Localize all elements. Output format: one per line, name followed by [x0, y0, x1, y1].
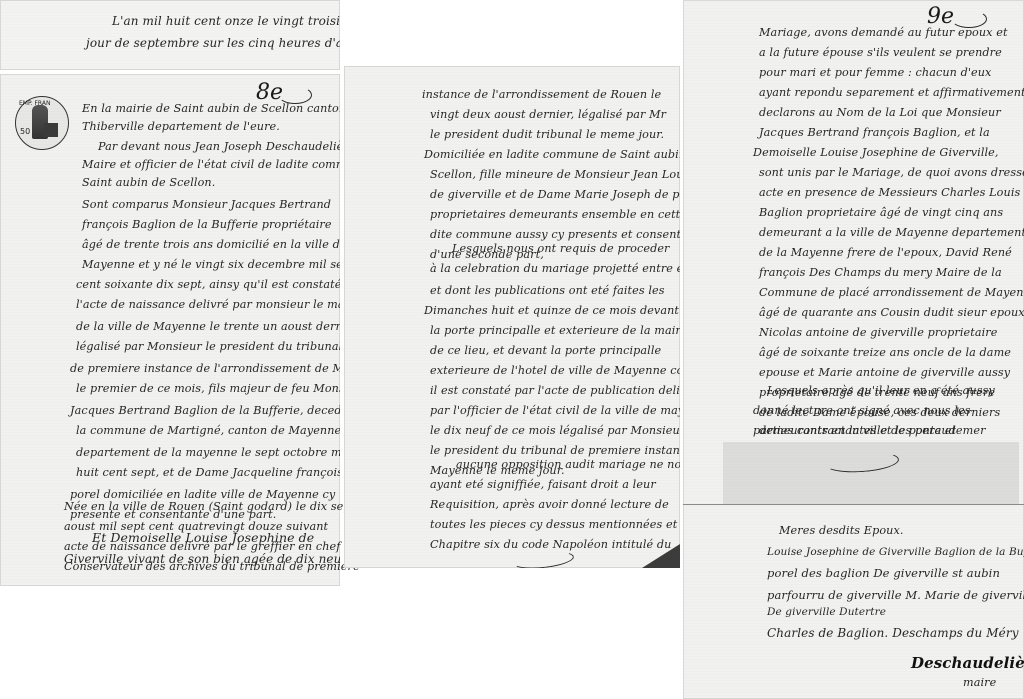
text-line: cent soixante dix sept, ainsy qu'il est …	[76, 278, 340, 291]
text-line: pour mari et pour femme : chacun d'eux	[759, 66, 991, 79]
text-line: acte en presence de Messieurs Charles Lo…	[759, 186, 1020, 199]
text-line: Sont comparus Monsieur Jacques Bertrand	[82, 198, 331, 211]
text-line: la porte principalle et exterieure de la…	[430, 324, 680, 337]
text-line: Nicolas antoine de giverville proprietai…	[759, 326, 997, 339]
middle-page: instance de l'arrondissement de Rouen le…	[344, 66, 680, 568]
text-line: Saint aubin de Scellon.	[82, 176, 215, 189]
text-line: le president dudit tribunal le meme jour…	[430, 128, 664, 141]
text-line: Dimanches huit et quinze de ce mois deva…	[424, 304, 679, 317]
seal-box	[44, 123, 58, 137]
text-line: epouse et Marie antoine de giverville au…	[759, 366, 1010, 379]
text-line: huit cent sept, et de Dame Jacqueline fr…	[76, 466, 340, 479]
text-line: de la ville de Mayenne le trente un aous…	[76, 320, 340, 333]
text-line: acte de naissance delivré par le greffie…	[64, 540, 341, 553]
signature-line: porel des baglion De giverville st aubin	[767, 566, 1000, 580]
signature-line: Louise Josephine de Giverville Baglion d…	[767, 546, 1024, 558]
text-line: l'acte de naissance delivré par monsieur…	[76, 298, 340, 311]
text-line: vingt deux aoust dernier, légalisé par M…	[430, 108, 666, 121]
text-line: âgé de soixante treize ans oncle de la d…	[759, 346, 1011, 359]
text-line: Commune de placé arrondissement de Mayen…	[759, 286, 1024, 299]
right-page: 9e Mariage, avons demandé au futur epoux…	[683, 0, 1024, 699]
signature-line: Meres desdits Epoux.	[779, 524, 904, 537]
text-line: instance de l'arrondissement de Rouen le	[422, 88, 661, 101]
text-line: Scellon, fille mineure de Monsieur Jean …	[430, 168, 680, 181]
text-line: françois Baglion de la Bufferie propriét…	[82, 218, 332, 231]
text-line: Mayenne et y né le vingt six decembre mi…	[82, 258, 340, 271]
text-line: il est constaté par l'acte de publicatio…	[430, 384, 680, 397]
text-line: Par devant nous Jean Joseph Deschaudeliè…	[98, 140, 340, 153]
text-line: a la future épouse s'ils veulent se pren…	[759, 46, 1002, 59]
text-line: de ce lieu, et devant la porte principal…	[430, 344, 661, 357]
end-flourish-icon	[511, 549, 574, 568]
text-line: le dix neuf de ce mois légalisé par Mons…	[430, 424, 680, 437]
text-line: Lesquels nous ont requis de proceder	[452, 242, 670, 255]
text-line: de premiere instance de l'arrondissement…	[70, 362, 340, 375]
text-line: françois Des Champs du mery Maire de la	[759, 266, 1002, 279]
header-line: L'an mil huit cent onze le vingt troisiè…	[112, 14, 340, 28]
signature-line: De giverville Dutertre	[767, 606, 886, 618]
text-line: le president du tribunal de premiere ins…	[430, 444, 680, 457]
text-line: le premier de ce mois, fils majeur de fe…	[76, 382, 340, 395]
text-line: âgé de trente trois ans domicilié en la …	[82, 238, 340, 251]
signature-line: Charles de Baglion. Deschamps du Méry	[767, 626, 1019, 640]
text-line: et dont les publications ont eté faites …	[430, 284, 665, 297]
text-line: toutes les pieces cy dessus mentionnées …	[430, 518, 680, 531]
fold-line	[683, 504, 1024, 505]
text-line: âgé de quarante ans Cousin dudit sieur e…	[759, 306, 1024, 319]
text-line: dite commune aussy cy presents et consen…	[430, 228, 680, 241]
page-curl	[642, 544, 680, 568]
text-line: de giverville et de Dame Marie Joseph de…	[430, 188, 680, 201]
seal-stamp-icon: EMP. FRAN 50	[15, 96, 69, 150]
seal-value: 50	[20, 127, 30, 136]
text-line: Thiberville departement de l'eure.	[82, 120, 280, 133]
text-line: Conservateur des archives du tribunal de…	[64, 560, 360, 573]
header-line: jour de septembre sur les cinq heures d'…	[86, 36, 340, 50]
text-line: Mariage, avons demandé au futur epoux et	[759, 26, 1008, 39]
text-line: Jacques Bertrand Baglion de la Bufferie,…	[70, 404, 340, 417]
left-header-strip: L'an mil huit cent onze le vingt troisiè…	[0, 0, 340, 70]
text-line: légalisé par Monsieur le president du tr…	[76, 340, 340, 353]
text-line: donné lecture ont signé avec nous les	[753, 404, 971, 417]
text-line: declarons au Nom de la Loi que Monsieur	[759, 106, 1001, 119]
text-line: Maire et officier de l'état civil de lad…	[82, 158, 340, 171]
text-line: En la mairie de Saint aubin de Scellon c…	[82, 102, 340, 115]
signature-line: parfourru de giverville M. Marie de give…	[767, 588, 1024, 602]
text-line: par l'officier de l'état civil de la vil…	[430, 404, 680, 417]
text-line: demeurant a la ville de Mayenne departem…	[759, 226, 1024, 239]
text-line: parties contractantes et les pere et	[753, 424, 956, 437]
text-line: Demoiselle Louise Josephine de Givervill…	[753, 146, 999, 159]
text-line: aoust mil sept cent quatrevingt douze su…	[64, 520, 328, 533]
text-line: Née en la ville de Rouen (Saint godard) …	[64, 500, 355, 513]
text-line: sont unis par le Mariage, de quoi avons …	[759, 166, 1024, 179]
text-line: Baglion proprietaire âgé de vingt cinq a…	[759, 206, 1003, 219]
text-line: la commune de Martigné, canton de Mayenn…	[76, 424, 340, 437]
text-line: exterieure de l'hotel de ville de Mayenn…	[430, 364, 680, 377]
text-line: aucune opposition audit mariage ne nous	[456, 458, 680, 471]
mayor-title: maire	[963, 676, 996, 689]
text-line: ayant repondu separement et affirmativem…	[759, 86, 1024, 99]
text-line: Requisition, après avoir donné lecture d…	[430, 498, 669, 511]
text-line: departement de la mayenne le sept octobr…	[76, 446, 340, 459]
text-line: Chapitre six du code Napoléon intitulé d…	[430, 538, 671, 551]
mayor-signature: Deschaudelières	[911, 654, 1024, 672]
text-line: ayant eté signiffiée, faisant droit a le…	[430, 478, 656, 491]
text-line: Jacques Bertrand françois Baglion, et la	[759, 126, 990, 139]
text-line: Lesquels après qu'il leur en a été aussy	[767, 384, 995, 397]
text-line: à la celebration du mariage projetté ent…	[430, 262, 680, 275]
text-line: Domiciliée en ladite commune de Saint au…	[424, 148, 680, 161]
text-line: de la Mayenne frere de l'epoux, David Re…	[759, 246, 1012, 259]
text-line: proprietaires demeurants ensemble en cet…	[430, 208, 680, 221]
